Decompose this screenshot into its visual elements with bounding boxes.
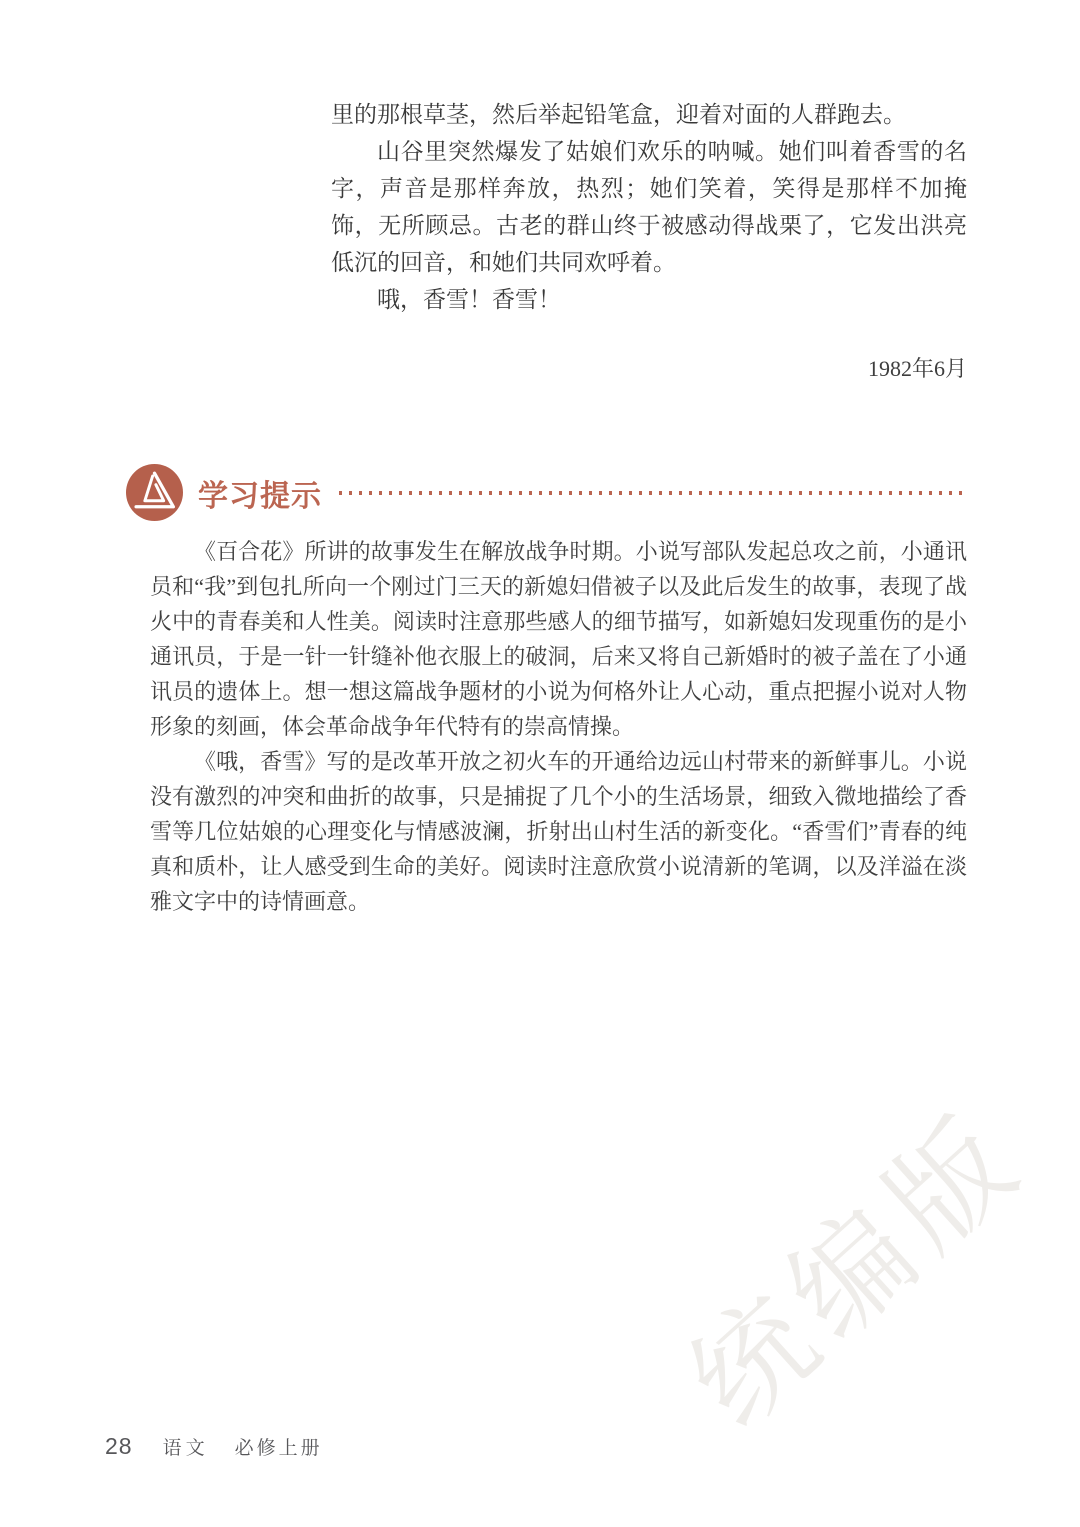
page-footer: 28 语文 必修上册: [105, 1433, 323, 1460]
edition-watermark: 统编版: [646, 1043, 1079, 1457]
study-hint-title: 学习提示: [198, 471, 322, 515]
footer-subject: 语文: [163, 1433, 209, 1460]
story-paragraph: 哦，香雪！香雪！: [331, 281, 967, 318]
textbook-page: 里的那根草茎，然后举起铅笔盒，迎着对面的人群跑去。 山谷里突然爆发了姑娘们欢乐的…: [0, 0, 1080, 1527]
study-hint-paragraph: 《哦，香雪》写的是改革开放之初火车的开通给边远山村带来的新鲜事儿。小说没有激烈的…: [150, 744, 967, 919]
study-hint-header: 学习提示: [126, 464, 968, 521]
footer-volume: 必修上册: [235, 1433, 323, 1460]
story-paragraph: 里的那根草茎，然后举起铅笔盒，迎着对面的人群跑去。: [331, 96, 967, 133]
study-hint-body: 《百合花》所讲的故事发生在解放战争时期。小说写部队发起总攻之前，小通讯员和“我”…: [150, 534, 967, 919]
dotted-divider: [339, 491, 968, 495]
publisher-logo-icon: [126, 464, 183, 521]
story-date: 1982年6月: [331, 350, 967, 387]
story-text-block: 里的那根草茎，然后举起铅笔盒，迎着对面的人群跑去。 山谷里突然爆发了姑娘们欢乐的…: [331, 96, 967, 387]
page-number: 28: [105, 1433, 133, 1460]
story-paragraph: 山谷里突然爆发了姑娘们欢乐的呐喊。她们叫着香雪的名字，声音是那样奔放，热烈；她们…: [331, 133, 967, 281]
study-hint-paragraph: 《百合花》所讲的故事发生在解放战争时期。小说写部队发起总攻之前，小通讯员和“我”…: [150, 534, 967, 744]
